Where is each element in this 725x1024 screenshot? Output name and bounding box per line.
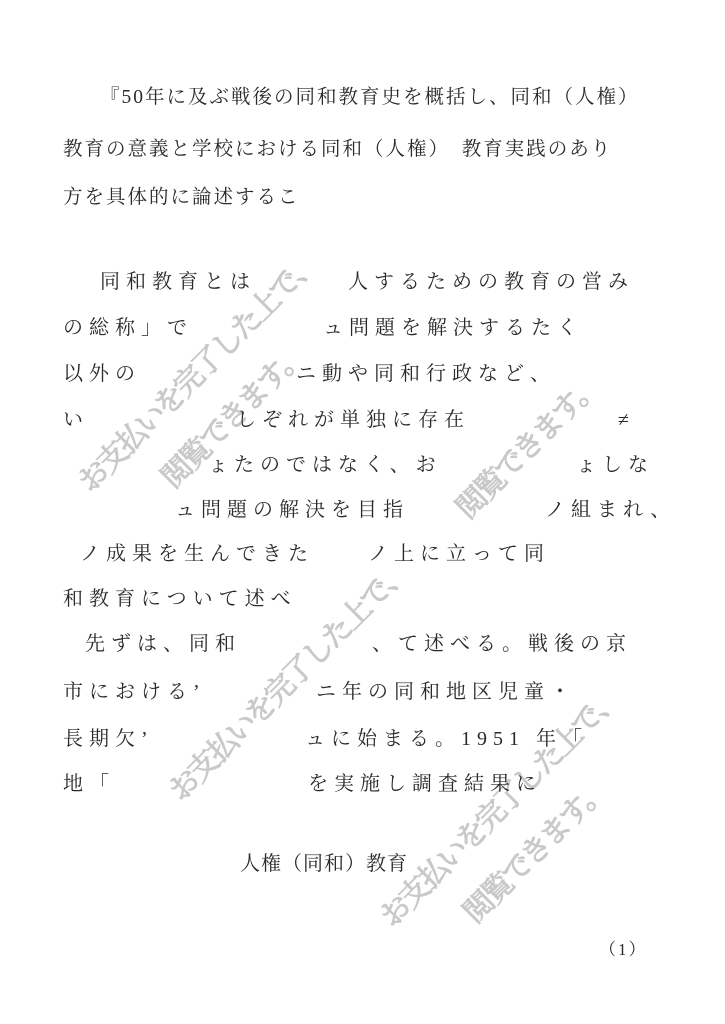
text-line-fragment: 先ずは、同和: [85, 634, 241, 654]
text-line-fragment: 『50年に及ぶ戦後の同和教育史を概括し、同和（人権）: [100, 88, 640, 108]
text-line-fragment: ュ問題を解決するたく: [323, 318, 583, 338]
text-line-fragment: 市における’: [63, 682, 206, 702]
text-line-fragment: 長期欠’: [63, 729, 154, 749]
text-line-fragment: ノ成果を生んできた: [80, 544, 314, 564]
footer-label: 人権（同和）教育: [240, 854, 408, 874]
text-line-fragment: 以外の: [63, 364, 141, 384]
text-line-fragment: 、て述べる。戦後の京: [372, 634, 632, 654]
text-line-fragment: ノ組まれ、: [545, 500, 676, 520]
text-line-fragment: ュ問題の解決を目指: [175, 500, 409, 520]
watermark-line: お支払いを完了した上で、: [366, 674, 634, 942]
text-line-fragment: しぞれが単独に存在: [236, 410, 470, 430]
page-number: （1）: [599, 941, 648, 958]
text-line-fragment: ニ年の同和地区児童・: [316, 682, 576, 702]
text-line-fragment: 教育の意義と学校における同和（人権） 教育実践のあり: [63, 140, 612, 160]
text-line-fragment: ニ動や同和行政など、: [296, 364, 556, 384]
text-line-fragment: の総称」で: [63, 318, 193, 338]
text-line-fragment: ょたのではなく、お: [208, 455, 442, 475]
text-line-fragment: ノ上に立って同: [368, 544, 550, 564]
text-line-fragment: い: [63, 410, 89, 430]
text-line-fragment: を実施し調査結果に: [308, 774, 542, 794]
document-page: お支払いを完了した上で、閲覧できます。閲覧できます。お支払いを完了した上で、お支…: [0, 0, 725, 1024]
text-line-fragment: 方を具体的に論述するこ: [63, 188, 300, 208]
text-line-fragment: ょしな: [576, 455, 654, 475]
text-line-fragment: 人するための教育の営み: [348, 272, 634, 292]
text-line-fragment: 地「: [63, 774, 115, 794]
text-line-fragment: 和教育について述べ: [63, 589, 297, 609]
payment-watermark: お支払いを完了した上で、閲覧できます。: [366, 674, 674, 982]
text-line-fragment: ュに始まる。1951 年「: [305, 729, 588, 749]
text-line-fragment: ≠: [618, 410, 635, 430]
text-line-fragment: 同和教育とは: [100, 272, 256, 292]
